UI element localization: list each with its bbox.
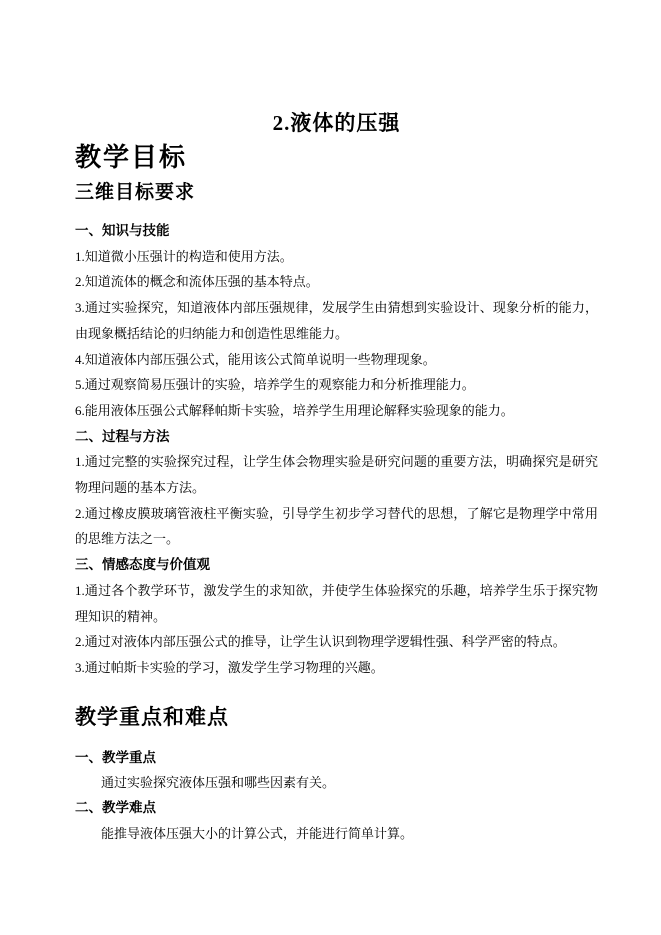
- list-item: 5.通过观察简易压强计的实验，培养学生的观察能力和分析推理能力。: [75, 372, 598, 398]
- list-item: 1.通过完整的实验探究过程，让学生体会物理实验是研究问题的重要方法，明确探究是研…: [75, 449, 598, 500]
- key-points-body: 一、教学重点 通过实验探究液体压强和哪些因素有关。 二、教学难点 能推导液体压强…: [75, 745, 598, 847]
- list-item: 2.通过对液体内部压强公式的推导，让学生认识到物理学逻辑性强、科学严密的特点。: [75, 629, 598, 655]
- document-title: 2.液体的压强: [75, 112, 598, 134]
- heading-teaching-objectives: 教学目标: [75, 144, 598, 172]
- objectives-body: 一、知识与技能 1.知道微小压强计的构造和使用方法。 2.知道流体的概念和流体压…: [75, 218, 598, 681]
- document-page: 2.液体的压强 教学目标 三维目标要求 一、知识与技能 1.知道微小压强计的构造…: [0, 0, 661, 935]
- list-item: 2.通过橡皮膜玻璃管液柱平衡实验，引导学生初步学习替代的思想，了解它是物理学中常…: [75, 501, 598, 552]
- list-item: 3.通过帕斯卡实验的学习，激发学生学习物理的兴趣。: [75, 655, 598, 681]
- label-process-and-methods: 二、过程与方法: [75, 424, 598, 450]
- list-item: 2.知道流体的概念和流体压强的基本特点。: [75, 269, 598, 295]
- heading-key-and-difficult-points: 教学重点和难点: [75, 705, 598, 729]
- list-item: 1.知道微小压强计的构造和使用方法。: [75, 244, 598, 270]
- list-item: 6.能用液体压强公式解释帕斯卡实验，培养学生用理论解释实验现象的能力。: [75, 398, 598, 424]
- teaching-difficult-point-text: 能推导液体压强大小的计算公式，并能进行简单计算。: [75, 821, 598, 846]
- list-item: 1.通过各个教学环节，激发学生的求知欲，并使学生体验探究的乐趣，培养学生乐于探究…: [75, 578, 598, 629]
- label-teaching-difficult-point: 二、教学难点: [75, 795, 598, 820]
- subheading-three-dimensional-requirements: 三维目标要求: [75, 182, 598, 204]
- teaching-key-point-text: 通过实验探究液体压强和哪些因素有关。: [75, 770, 598, 795]
- label-teaching-key-point: 一、教学重点: [75, 745, 598, 770]
- list-item: 3.通过实验探究，知道液体内部压强规律，发展学生由猜想到实验设计、现象分析的能力…: [75, 295, 598, 346]
- label-emotional-attitude-and-values: 三、情感态度与价值观: [75, 552, 598, 578]
- list-item: 4.知道液体内部压强公式，能用该公式简单说明一些物理现象。: [75, 347, 598, 373]
- label-knowledge-and-skills: 一、知识与技能: [75, 218, 598, 244]
